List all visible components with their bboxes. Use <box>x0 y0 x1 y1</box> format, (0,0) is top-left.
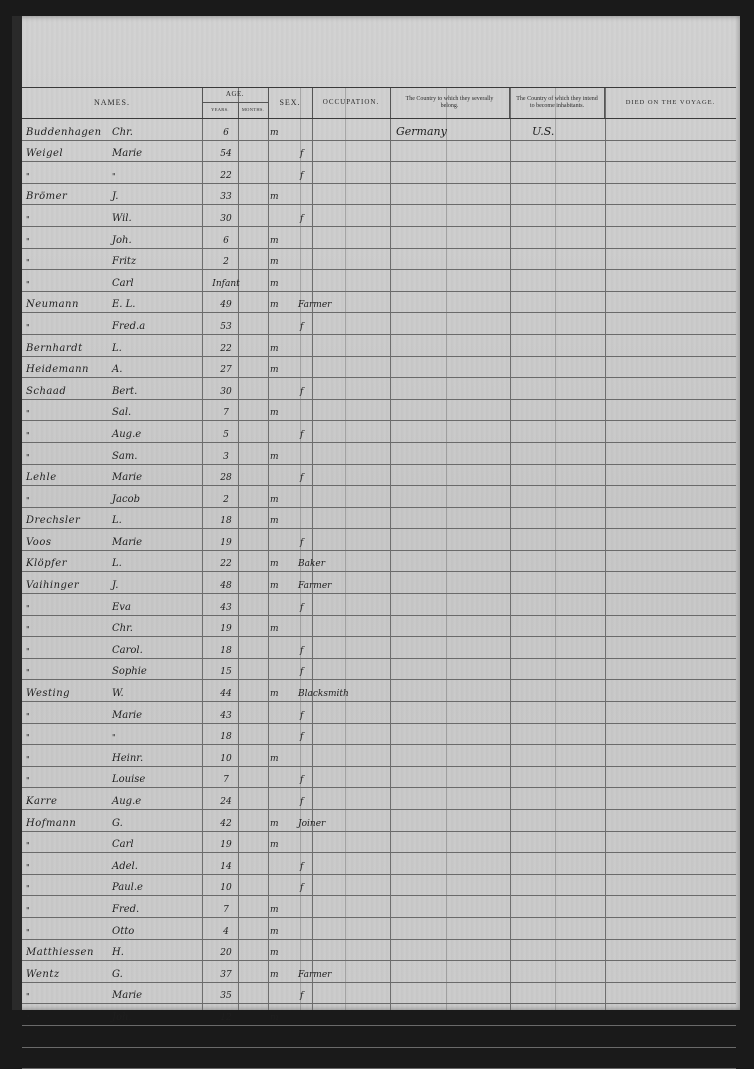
surname: " <box>26 724 126 745</box>
country-intend <box>512 443 602 464</box>
occupation: Blacksmith <box>298 680 388 701</box>
occupation <box>298 724 388 745</box>
occupation <box>298 465 388 486</box>
given-name: A. <box>112 357 192 378</box>
died-on-voyage <box>604 508 736 529</box>
died-on-voyage <box>604 270 736 291</box>
given-name: G. <box>112 810 192 831</box>
table-row: " Chr. 19 m <box>22 616 736 638</box>
surname: " <box>26 875 126 896</box>
occupation <box>298 1004 388 1024</box>
surname: " <box>26 594 126 615</box>
passenger-rows: Buddenhagen Chr. 6 m Germany U.S. Weigel… <box>22 119 736 1024</box>
died-on-voyage <box>604 249 736 270</box>
country-intend <box>512 421 602 442</box>
given-name: Sal. <box>112 400 192 421</box>
surname: " <box>26 313 126 334</box>
given-name: Heinr. <box>112 745 192 766</box>
occupation <box>298 378 388 399</box>
country-belong <box>390 162 510 183</box>
age-years: 3 <box>208 443 244 464</box>
age-years: Infant <box>208 270 244 291</box>
country-belong <box>390 875 510 896</box>
country-belong <box>390 335 510 356</box>
surname: " <box>26 486 126 507</box>
country-intend: U.S. <box>512 119 602 140</box>
header-years: YEARS. <box>202 102 239 118</box>
given-name: Marie <box>112 983 192 1004</box>
given-name: Marie <box>112 465 192 486</box>
country-belong <box>390 702 510 723</box>
surname: " <box>26 896 126 917</box>
surname: " <box>26 918 126 939</box>
surname: Weigel <box>26 141 126 162</box>
surname: " <box>26 637 126 658</box>
died-on-voyage <box>604 357 736 378</box>
surname: " <box>26 270 126 291</box>
given-name: Carl <box>112 832 192 853</box>
surname: " <box>26 421 126 442</box>
given-name: E. L. <box>112 292 192 313</box>
country-belong <box>390 767 510 788</box>
given-name: Fritz <box>112 249 192 270</box>
table-header: NAMES. AGE. YEARS. MONTHS. SEX. OCCUPATI… <box>22 87 736 119</box>
given-name: Marie <box>112 702 192 723</box>
table-row: " Sam. 3 m <box>22 443 736 465</box>
country-belong <box>390 465 510 486</box>
country-intend <box>512 184 602 205</box>
age-years: 10 <box>208 875 244 896</box>
table-row: " Marie 43 f <box>22 702 736 724</box>
country-belong <box>390 357 510 378</box>
occupation <box>298 335 388 356</box>
occupation: Farmer <box>298 961 388 982</box>
country-belong: Germany <box>390 119 510 140</box>
occupation <box>298 875 388 896</box>
surname: Hofmann <box>26 810 126 831</box>
country-belong <box>390 637 510 658</box>
country-belong <box>390 594 510 615</box>
table-row: " Louise 7 f <box>22 767 736 789</box>
given-name: Bert. <box>112 378 192 399</box>
table-row: " Fred. 7 m <box>22 896 736 918</box>
age-years: 18 <box>208 508 244 529</box>
occupation <box>298 421 388 442</box>
table-row: Buddenhagen Chr. 6 m Germany U.S. <box>22 119 736 141</box>
table-row: " Aug.e 5 f <box>22 421 736 443</box>
table-row: " Carol. 18 f <box>22 637 736 659</box>
country-belong <box>390 443 510 464</box>
country-belong <box>390 227 510 248</box>
country-intend <box>512 378 602 399</box>
died-on-voyage <box>604 788 736 809</box>
country-intend <box>512 465 602 486</box>
table-row: Schaad Bert. 30 f <box>22 378 736 400</box>
age-years: 19 <box>208 832 244 853</box>
given-name: Eva <box>112 594 192 615</box>
given-name: Jacob <box>112 486 192 507</box>
table-row: Klöpfer L. 22 m Baker <box>22 551 736 573</box>
age-years: 15 <box>208 659 244 680</box>
country-belong <box>390 421 510 442</box>
header-names: NAMES. <box>22 88 203 118</box>
occupation <box>298 400 388 421</box>
age-years: 6 <box>208 227 244 248</box>
died-on-voyage <box>604 637 736 658</box>
table-row: " Sal. 7 m <box>22 400 736 422</box>
age-years: 30 <box>208 205 244 226</box>
died-on-voyage <box>604 724 736 745</box>
surname: " <box>26 227 126 248</box>
died-on-voyage <box>604 378 736 399</box>
died-on-voyage <box>604 119 736 140</box>
surname: Lehle <box>26 465 126 486</box>
surname: Karre <box>26 788 126 809</box>
table-row: " Paul.e 10 f <box>22 875 736 897</box>
country-belong <box>390 788 510 809</box>
country-intend <box>512 680 602 701</box>
country-belong <box>390 551 510 572</box>
given-name: Joh. <box>112 227 192 248</box>
country-belong <box>390 832 510 853</box>
age-years: 19 <box>208 529 244 550</box>
surname: Heidemann <box>26 357 126 378</box>
table-row: " Heinr. 10 m <box>22 745 736 767</box>
manifest-table: NAMES. AGE. YEARS. MONTHS. SEX. OCCUPATI… <box>22 87 736 1024</box>
country-belong <box>390 961 510 982</box>
header-country-intend: The Country of which they intend to beco… <box>510 88 605 118</box>
died-on-voyage <box>604 421 736 442</box>
age-years: 10 <box>208 745 244 766</box>
surname: " <box>26 400 126 421</box>
country-belong <box>390 292 510 313</box>
surname: Westing <box>26 680 126 701</box>
surname: " <box>26 162 126 183</box>
country-belong <box>390 486 510 507</box>
country-intend <box>512 940 602 961</box>
country-intend <box>512 961 602 982</box>
died-on-voyage <box>604 594 736 615</box>
country-intend <box>512 702 602 723</box>
country-intend <box>512 486 602 507</box>
age-years: 18 <box>208 637 244 658</box>
died-on-voyage <box>604 443 736 464</box>
occupation <box>298 270 388 291</box>
country-belong <box>390 680 510 701</box>
given-name: Adel. <box>112 853 192 874</box>
surname: " <box>26 443 126 464</box>
given-name: G. <box>112 961 192 982</box>
given-name: Chr. <box>112 616 192 637</box>
country-intend <box>512 832 602 853</box>
occupation <box>298 508 388 529</box>
died-on-voyage <box>604 292 736 313</box>
country-intend <box>512 227 602 248</box>
died-on-voyage <box>604 767 736 788</box>
country-intend <box>512 313 602 334</box>
given-name: Joh. <box>112 1004 192 1024</box>
died-on-voyage <box>604 184 736 205</box>
table-row: Weigel Marie 54 f <box>22 141 736 163</box>
age-years: 20 <box>208 940 244 961</box>
surname: Bernhardt <box>26 335 126 356</box>
age-years: 2 <box>208 486 244 507</box>
table-row: " Joh. 12 m <box>22 1004 736 1024</box>
occupation: Farmer <box>298 292 388 313</box>
occupation <box>298 184 388 205</box>
table-row: Lehle Marie 28 f <box>22 465 736 487</box>
table-row: " Jacob 2 m <box>22 486 736 508</box>
table-row: " Fred.a 53 f <box>22 313 736 335</box>
country-intend <box>512 875 602 896</box>
age-years: 22 <box>208 551 244 572</box>
country-intend <box>512 205 602 226</box>
died-on-voyage <box>604 940 736 961</box>
table-row: " Otto 4 m <box>22 918 736 940</box>
given-name: L. <box>112 508 192 529</box>
country-belong <box>390 896 510 917</box>
country-belong <box>390 853 510 874</box>
country-intend <box>512 572 602 593</box>
given-name: " <box>112 724 192 745</box>
age-years: 44 <box>208 680 244 701</box>
surname: Buddenhagen <box>26 119 126 140</box>
table-row: " " 18 f <box>22 724 736 746</box>
died-on-voyage <box>604 680 736 701</box>
surname: " <box>26 832 126 853</box>
country-belong <box>390 616 510 637</box>
given-name: Chr. <box>112 119 192 140</box>
country-belong <box>390 529 510 550</box>
country-intend <box>512 1004 602 1024</box>
occupation <box>298 313 388 334</box>
occupation: Farmer <box>298 572 388 593</box>
age-years: 53 <box>208 313 244 334</box>
surname: Drechsler <box>26 508 126 529</box>
country-intend <box>512 767 602 788</box>
table-row: " Joh. 6 m <box>22 227 736 249</box>
occupation <box>298 249 388 270</box>
header-months: MONTHS. <box>238 102 268 118</box>
given-name: Fred. <box>112 896 192 917</box>
country-intend <box>512 551 602 572</box>
age-years: 18 <box>208 724 244 745</box>
surname: Wentz <box>26 961 126 982</box>
given-name: J. <box>112 184 192 205</box>
age-years: 43 <box>208 702 244 723</box>
table-row: " Wil. 30 f <box>22 205 736 227</box>
given-name: Paul.e <box>112 875 192 896</box>
surname: Voos <box>26 529 126 550</box>
age-years: 14 <box>208 853 244 874</box>
died-on-voyage <box>604 832 736 853</box>
table-row: Westing W. 44 m Blacksmith <box>22 680 736 702</box>
died-on-voyage <box>604 162 736 183</box>
table-row: Drechsler L. 18 m <box>22 508 736 530</box>
given-name: Louise <box>112 767 192 788</box>
country-belong <box>390 508 510 529</box>
age-years: 2 <box>208 249 244 270</box>
age-years: 54 <box>208 141 244 162</box>
occupation <box>298 940 388 961</box>
country-intend <box>512 616 602 637</box>
age-years: 7 <box>208 400 244 421</box>
age-years: 42 <box>208 810 244 831</box>
given-name: Sophie <box>112 659 192 680</box>
country-intend <box>512 400 602 421</box>
occupation: Baker <box>298 551 388 572</box>
age-years: 27 <box>208 357 244 378</box>
given-name: Marie <box>112 141 192 162</box>
header-age-group: AGE. YEARS. MONTHS. <box>202 88 269 118</box>
age-years: 12 <box>208 1004 244 1024</box>
occupation <box>298 788 388 809</box>
surname: " <box>26 616 126 637</box>
table-row: Karre Aug.e 24 f <box>22 788 736 810</box>
surname: " <box>26 205 126 226</box>
given-name: " <box>112 162 192 183</box>
country-belong <box>390 313 510 334</box>
died-on-voyage <box>604 205 736 226</box>
table-row: Heidemann A. 27 m <box>22 357 736 379</box>
died-on-voyage <box>604 745 736 766</box>
header-country-belong: The Country to which they severally belo… <box>390 88 510 118</box>
died-on-voyage <box>604 529 736 550</box>
country-belong <box>390 270 510 291</box>
country-intend <box>512 659 602 680</box>
country-intend <box>512 162 602 183</box>
occupation <box>298 205 388 226</box>
country-intend <box>512 788 602 809</box>
age-years: 28 <box>208 465 244 486</box>
table-row: " Sophie 15 f <box>22 659 736 681</box>
header-age: AGE. <box>202 88 268 103</box>
age-years: 49 <box>208 292 244 313</box>
occupation <box>298 637 388 658</box>
table-row: Vaihinger J. 48 m Farmer <box>22 572 736 594</box>
age-years: 35 <box>208 983 244 1004</box>
given-name: L. <box>112 335 192 356</box>
header-sex: SEX. <box>268 88 313 118</box>
died-on-voyage <box>604 896 736 917</box>
died-on-voyage <box>604 400 736 421</box>
table-row: Wentz G. 37 m Farmer <box>22 961 736 983</box>
given-name: J. <box>112 572 192 593</box>
surname: Neumann <box>26 292 126 313</box>
occupation <box>298 832 388 853</box>
surname: " <box>26 1004 126 1024</box>
country-intend <box>512 508 602 529</box>
surname: Klöpfer <box>26 551 126 572</box>
country-intend <box>512 724 602 745</box>
table-row: " Fritz 2 m <box>22 249 736 271</box>
country-belong <box>390 659 510 680</box>
given-name: L. <box>112 551 192 572</box>
age-years: 22 <box>208 335 244 356</box>
country-belong <box>390 184 510 205</box>
country-intend <box>512 270 602 291</box>
occupation <box>298 227 388 248</box>
table-row: " Adel. 14 f <box>22 853 736 875</box>
country-belong <box>390 745 510 766</box>
died-on-voyage <box>604 810 736 831</box>
country-intend <box>512 249 602 270</box>
surname: " <box>26 249 126 270</box>
age-years: 4 <box>208 918 244 939</box>
table-row: Brömer J. 33 m <box>22 184 736 206</box>
died-on-voyage <box>604 961 736 982</box>
given-name: Carl <box>112 270 192 291</box>
died-on-voyage <box>604 853 736 874</box>
given-name: Aug.e <box>112 788 192 809</box>
age-years: 43 <box>208 594 244 615</box>
occupation <box>298 983 388 1004</box>
age-years: 6 <box>208 119 244 140</box>
occupation <box>298 594 388 615</box>
country-intend <box>512 141 602 162</box>
died-on-voyage <box>604 659 736 680</box>
occupation <box>298 767 388 788</box>
country-belong <box>390 1004 510 1024</box>
surname: Schaad <box>26 378 126 399</box>
age-years: 7 <box>208 896 244 917</box>
occupation <box>298 529 388 550</box>
country-belong <box>390 810 510 831</box>
country-intend <box>512 983 602 1004</box>
surname: " <box>26 853 126 874</box>
country-belong <box>390 378 510 399</box>
surname: " <box>26 983 126 1004</box>
died-on-voyage <box>604 918 736 939</box>
occupation <box>298 443 388 464</box>
table-row: " Carl Infant m <box>22 270 736 292</box>
country-belong <box>390 400 510 421</box>
age-years: 37 <box>208 961 244 982</box>
table-row: " " 22 f <box>22 162 736 184</box>
country-belong <box>390 205 510 226</box>
header-died: DIED ON THE VOYAGE. <box>605 88 736 118</box>
died-on-voyage <box>604 486 736 507</box>
given-name: Aug.e <box>112 421 192 442</box>
header-occupation: OCCUPATION. <box>312 88 391 118</box>
surname: " <box>26 745 126 766</box>
age-years: 7 <box>208 767 244 788</box>
country-intend <box>512 896 602 917</box>
country-intend <box>512 810 602 831</box>
died-on-voyage <box>604 616 736 637</box>
occupation <box>298 119 388 140</box>
occupation <box>298 616 388 637</box>
surname: Brömer <box>26 184 126 205</box>
occupation <box>298 162 388 183</box>
surname: " <box>26 659 126 680</box>
table-row: Neumann E. L. 49 m Farmer <box>22 292 736 314</box>
occupation <box>298 918 388 939</box>
country-intend <box>512 853 602 874</box>
given-name: Otto <box>112 918 192 939</box>
died-on-voyage <box>604 572 736 593</box>
died-on-voyage <box>604 335 736 356</box>
country-intend <box>512 335 602 356</box>
country-intend <box>512 745 602 766</box>
given-name: Sam. <box>112 443 192 464</box>
occupation <box>298 357 388 378</box>
died-on-voyage <box>604 551 736 572</box>
surname: " <box>26 767 126 788</box>
country-intend <box>512 918 602 939</box>
died-on-voyage <box>604 465 736 486</box>
died-on-voyage <box>604 227 736 248</box>
